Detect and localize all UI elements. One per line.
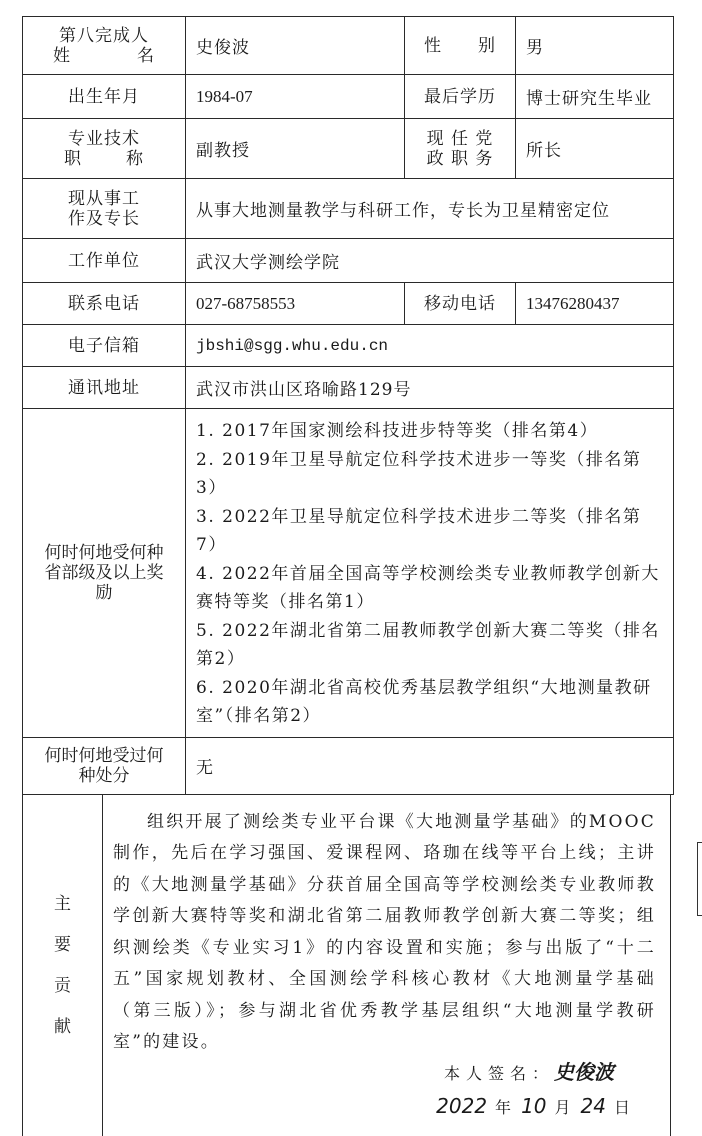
awards-list: 1. 2017年国家测绘科技进步特等奖（排名第4） 2. 2019年卫星导航定位… <box>186 409 674 738</box>
row-title: 专业技术 职 称 副教授 现 任 党 政 职 务 所长 <box>23 119 674 179</box>
awards-label-line3: 励 <box>23 583 185 603</box>
row-phone: 联系电话 027-68758553 移动电话 13476280437 <box>23 283 674 325</box>
name-label-char-b: 名 <box>137 46 155 66</box>
address-label: 通讯地址 <box>23 367 186 409</box>
position-value: 所长 <box>516 119 674 179</box>
row-birth: 出生年月 1984-07 最后学历 博士研究生毕业 <box>23 75 674 119</box>
row-punishment: 何时何地受过何 种处分 无 <box>23 737 674 794</box>
address-value: 武汉市洪山区珞喻路129号 <box>186 367 674 409</box>
award-item: 2. 2019年卫星导航定位科学技术进步一等奖（排名第3） <box>196 446 661 503</box>
name-label-line2: 姓 名 <box>53 46 155 66</box>
contribution-label-char: 献 <box>23 1007 102 1048</box>
gender-value: 男 <box>516 17 674 75</box>
date-day-unit: 日 <box>614 1098 632 1117</box>
birth-label: 出生年月 <box>23 75 186 119</box>
position-label-line1: 现 任 党 <box>405 129 515 149</box>
title-value: 副教授 <box>186 119 405 179</box>
unit-label: 工作单位 <box>23 239 186 283</box>
contribution-label-char: 贡 <box>23 966 102 1007</box>
position-label-line2: 政 职 务 <box>405 149 515 169</box>
signature-line: 本人签名：史俊波 <box>444 1057 614 1090</box>
date-month-unit: 月 <box>555 1098 573 1117</box>
unit-value: 武汉大学测绘学院 <box>186 239 674 283</box>
date-year: 2022 <box>436 1094 487 1118</box>
scan-edge-mark <box>697 842 702 916</box>
awards-label: 何时何地受何种 省部级及以上奖 励 <box>23 409 186 738</box>
work-label-line1: 现从事工 <box>23 189 185 209</box>
award-item: 5. 2022年湖北省第二届教师教学创新大赛二等奖（排名第2） <box>196 617 661 674</box>
award-item: 6. 2020年湖北省高校优秀基层教学组织“大地测量教研室”（排名第2） <box>196 674 661 731</box>
education-value: 博士研究生毕业 <box>516 75 674 119</box>
date-month: 10 <box>521 1094 546 1118</box>
date-year-unit: 年 <box>495 1098 513 1117</box>
row-awards: 何时何地受何种 省部级及以上奖 励 1. 2017年国家测绘科技进步特等奖（排名… <box>23 409 674 738</box>
award-item: 3. 2022年卫星导航定位科学技术进步二等奖（排名第7） <box>196 503 661 560</box>
contribution-label-char: 主 <box>23 884 102 925</box>
row-work: 现从事工 作及专长 从事大地测量教学与科研工作，专长为卫星精密定位 <box>23 179 674 239</box>
contribution-cell: 组织开展了测绘类专业平台课《大地测量学基础》的MOOC制作，先后在学习强国、爱课… <box>103 795 671 1136</box>
row-name: 第八完成人 姓 名 史俊波 性 别 男 <box>23 17 674 75</box>
punishment-label-line1: 何时何地受过何 <box>23 746 185 766</box>
gender-label: 性 别 <box>405 17 516 75</box>
gender-label-char-b: 别 <box>478 36 496 56</box>
contribution-label-char: 要 <box>23 925 102 966</box>
contribution-text: 组织开展了测绘类专业平台课《大地测量学基础》的MOOC制作，先后在学习强国、爱课… <box>113 807 656 1059</box>
awards-label-line1: 何时何地受何种 <box>23 543 185 563</box>
nomination-form: 第八完成人 姓 名 史俊波 性 别 男 出生年月 1984-07 最后学历 博士… <box>22 16 673 1136</box>
awards-label-line2: 省部级及以上奖 <box>23 563 185 583</box>
phone-value: 027-68758553 <box>186 283 405 325</box>
email-value: jbshi@sgg.whu.edu.cn <box>186 325 674 367</box>
education-label: 最后学历 <box>405 75 516 119</box>
mobile-label: 移动电话 <box>405 283 516 325</box>
award-item: 1. 2017年国家测绘科技进步特等奖（排名第4） <box>196 417 661 446</box>
punishment-label: 何时何地受过何 种处分 <box>23 737 186 794</box>
title-label-char-a: 职 <box>64 149 101 169</box>
name-value: 史俊波 <box>186 17 405 75</box>
email-label: 电子信箱 <box>23 325 186 367</box>
name-label-char-a: 姓 <box>53 46 101 66</box>
award-item: 4. 2022年首届全国高等学校测绘类专业教师教学创新大赛特等奖（排名第1） <box>196 560 661 617</box>
title-label-line1: 专业技术 <box>23 129 185 149</box>
punishment-value: 无 <box>186 737 674 794</box>
gender-label-char-a: 性 <box>424 36 457 56</box>
row-unit: 工作单位 武汉大学测绘学院 <box>23 239 674 283</box>
personal-info-table: 第八完成人 姓 名 史俊波 性 别 男 出生年月 1984-07 最后学历 博士… <box>22 16 674 795</box>
title-label-char-b: 称 <box>126 149 144 169</box>
handwritten-signature: 史俊波 <box>554 1060 614 1084</box>
contribution-table: 主 要 贡 献 组织开展了测绘类专业平台课《大地测量学基础》的MOOC制作，先后… <box>22 795 671 1136</box>
signature-date: 2022年10月24日 <box>428 1091 632 1124</box>
work-value: 从事大地测量教学与科研工作，专长为卫星精密定位 <box>186 179 674 239</box>
work-label: 现从事工 作及专长 <box>23 179 186 239</box>
contribution-label: 主 要 贡 献 <box>23 795 103 1136</box>
mobile-value: 13476280437 <box>516 283 674 325</box>
name-label: 第八完成人 姓 名 <box>23 17 186 75</box>
title-label-line2: 职 称 <box>64 149 144 169</box>
phone-label: 联系电话 <box>23 283 186 325</box>
work-label-line2: 作及专长 <box>23 209 185 229</box>
birth-value: 1984-07 <box>186 75 405 119</box>
signature-label: 本人签名： <box>444 1064 554 1083</box>
row-email: 电子信箱 jbshi@sgg.whu.edu.cn <box>23 325 674 367</box>
position-label: 现 任 党 政 职 务 <box>405 119 516 179</box>
row-address: 通讯地址 武汉市洪山区珞喻路129号 <box>23 367 674 409</box>
row-contribution: 主 要 贡 献 组织开展了测绘类专业平台课《大地测量学基础》的MOOC制作，先后… <box>23 795 671 1136</box>
name-label-line1: 第八完成人 <box>23 26 185 46</box>
date-day: 24 <box>581 1094 606 1118</box>
title-label: 专业技术 职 称 <box>23 119 186 179</box>
punishment-label-line2: 种处分 <box>23 766 185 786</box>
contribution-body: 组织开展了测绘类专业平台课《大地测量学基础》的MOOC制作，先后在学习强国、爱课… <box>103 795 670 1136</box>
